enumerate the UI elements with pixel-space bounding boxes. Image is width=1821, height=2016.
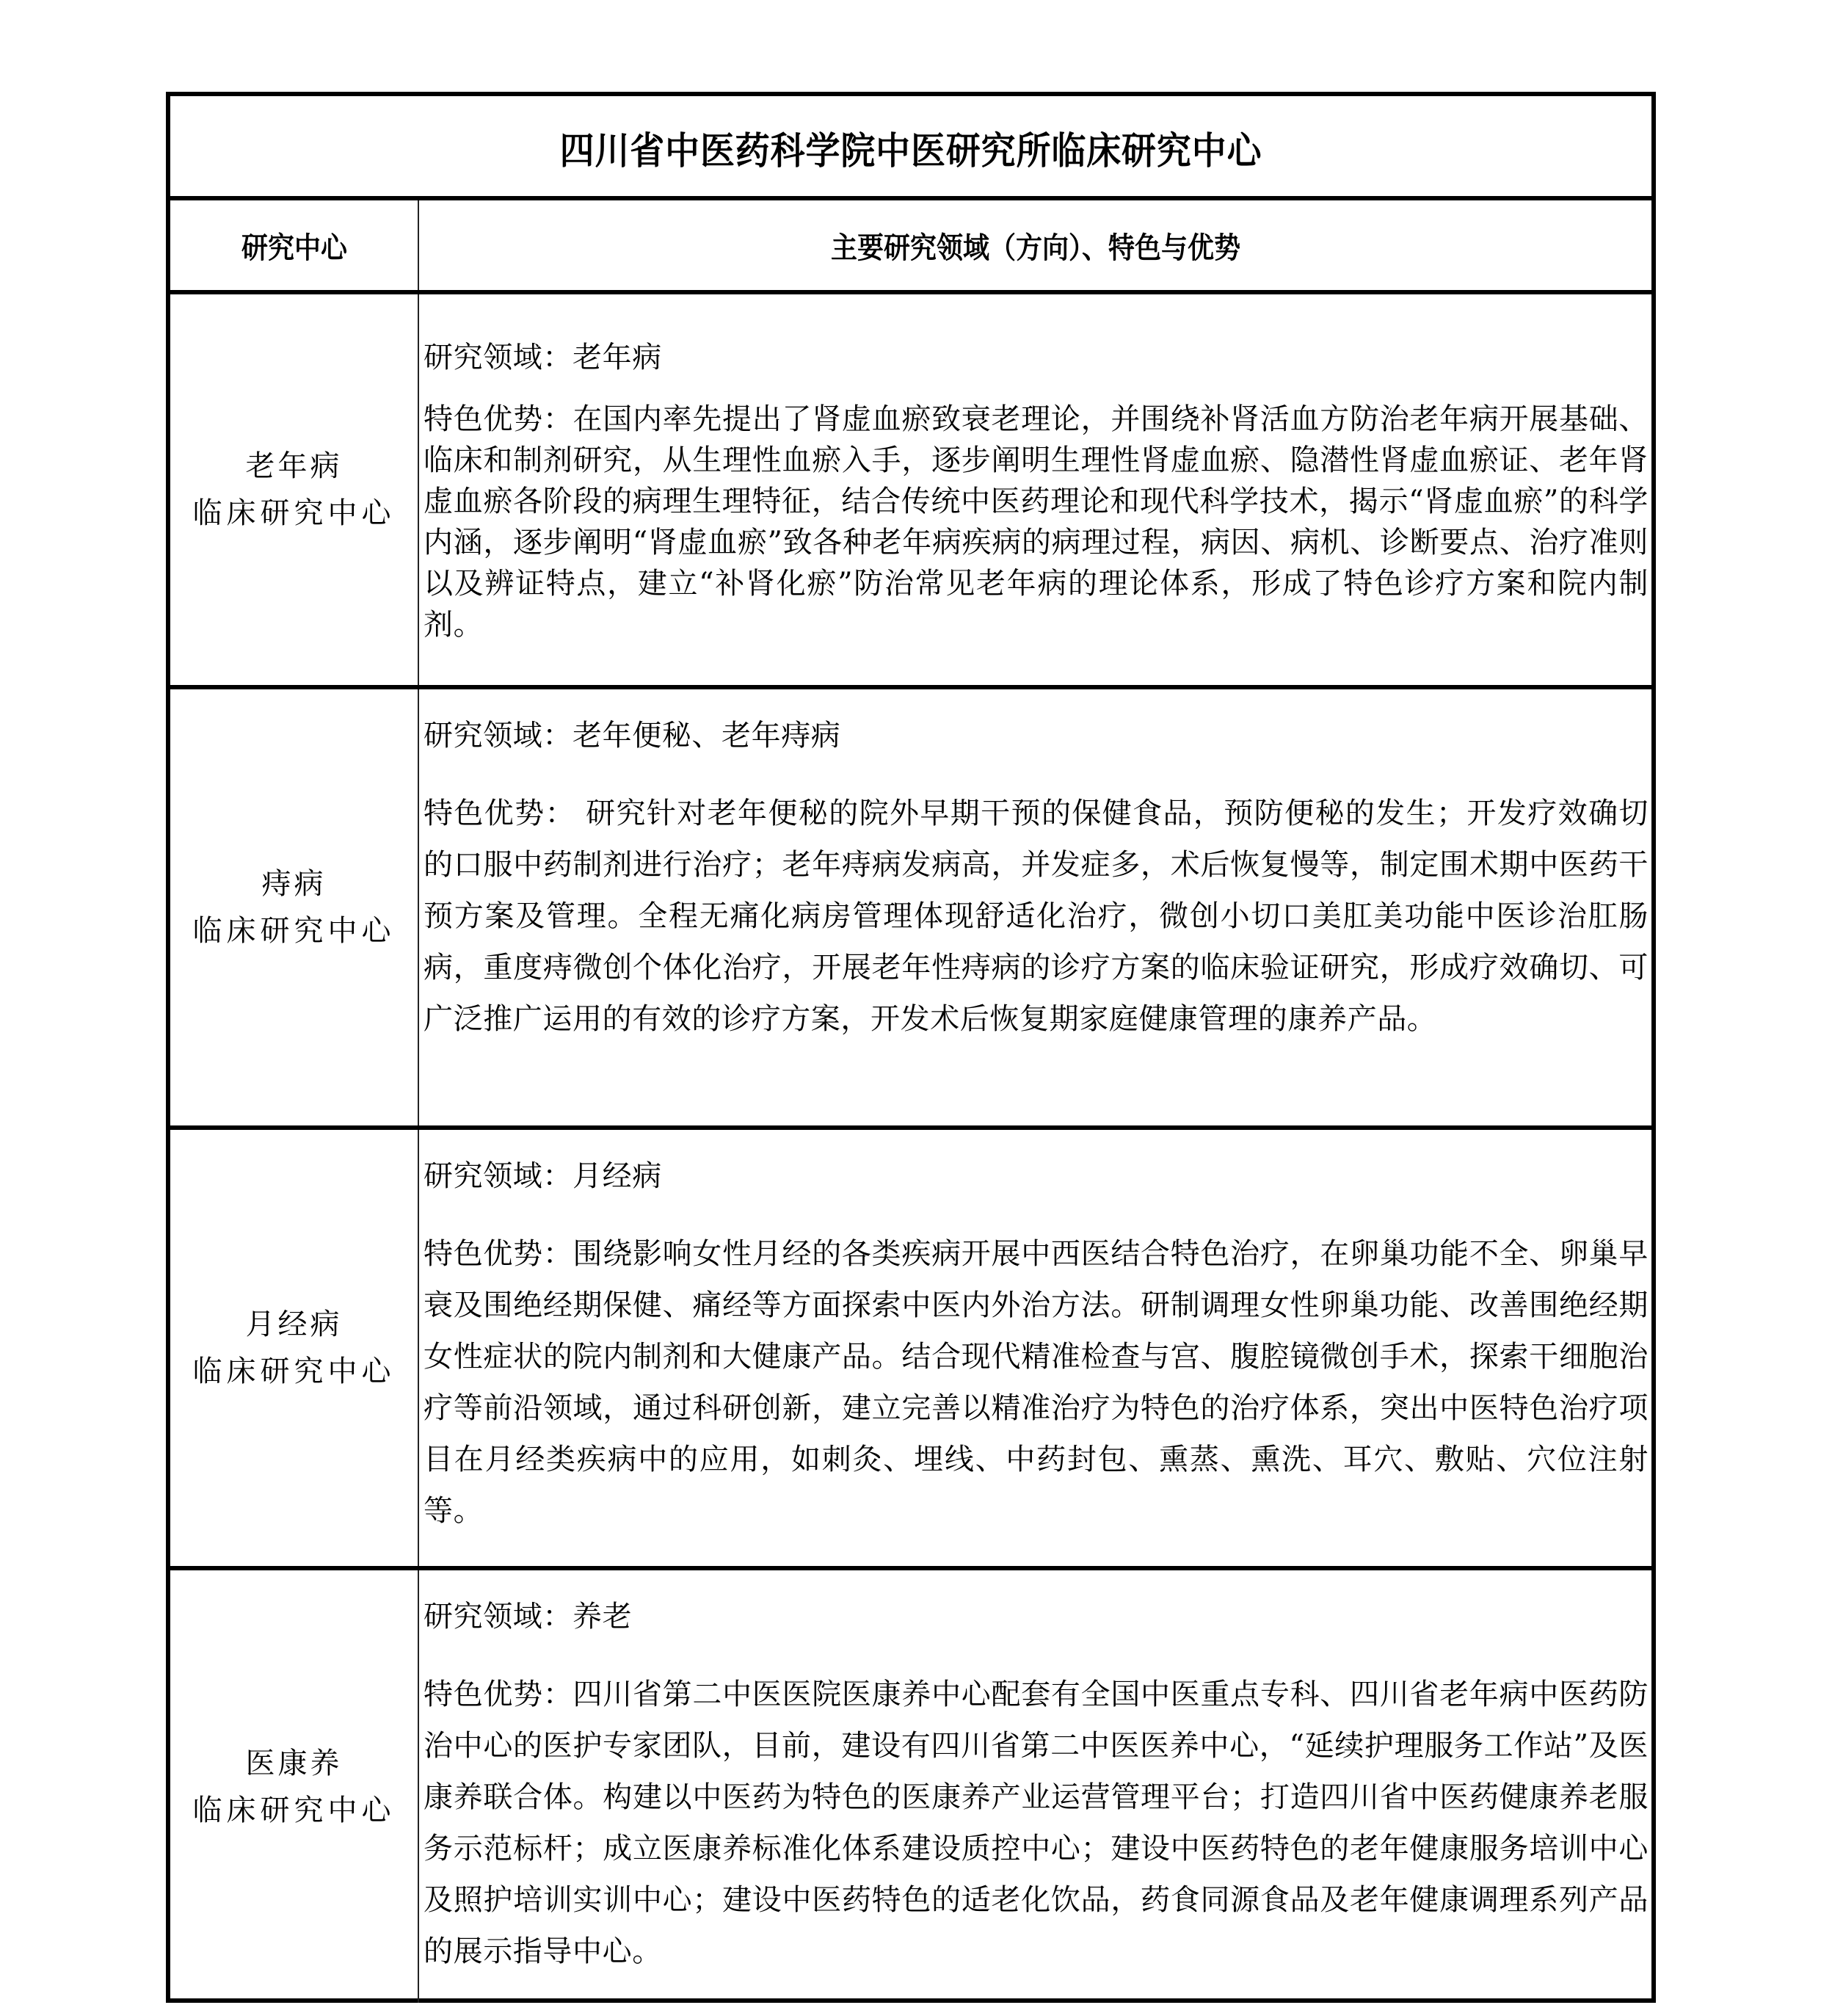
center-name-cell: 痔病 临床研究中心 bbox=[170, 689, 419, 1125]
table-row: 月经病 临床研究中心 研究领域：月经病 特色优势：围绕影响女性月经的各类疾病开展… bbox=[170, 1130, 1651, 1570]
research-field: 研究领域：老年病 bbox=[424, 337, 1649, 378]
advantage-text: 特色优势：四川省第二中医医院医康养中心配套有全国中医重点专科、四川省老年病中医药… bbox=[424, 1669, 1649, 1977]
center-name: 医康养 临床研究中心 bbox=[193, 1740, 396, 1834]
column-header-center: 研究中心 bbox=[241, 225, 347, 266]
advantage-text: 特色优势：在国内率先提出了肾虚血瘀致衰老理论，并围绕补肾活血方防治老年病开展基础… bbox=[424, 399, 1649, 645]
column-header-content: 主要研究领域（方向）、特色与优势 bbox=[831, 225, 1240, 266]
center-name: 老年病 临床研究中心 bbox=[193, 443, 396, 537]
header-cell-content: 主要研究领域（方向）、特色与优势 bbox=[419, 200, 1651, 290]
table-title: 四川省中医药科学院中医研究所临床研究中心 bbox=[560, 120, 1262, 175]
table-row: 痔病 临床研究中心 研究领域：老年便秘、老年痔病 特色优势： 研究针对老年便秘的… bbox=[170, 689, 1651, 1130]
center-name-cell: 医康养 临床研究中心 bbox=[170, 1570, 419, 2003]
center-description-cell: 研究领域：养老 特色优势：四川省第二中医医院医康养中心配套有全国中医重点专科、四… bbox=[419, 1570, 1651, 2003]
center-name-cell: 老年病 临床研究中心 bbox=[170, 294, 419, 685]
research-centers-table: 四川省中医药科学院中医研究所临床研究中心 研究中心 主要研究领域（方向）、特色与… bbox=[166, 92, 1656, 2003]
advantage-text: 特色优势： 研究针对老年便秘的院外早期干预的保健食品，预防便秘的发生；开发疗效确… bbox=[424, 788, 1649, 1045]
center-name: 痔病 临床研究中心 bbox=[193, 860, 396, 954]
center-description-cell: 研究领域：月经病 特色优势：围绕影响女性月经的各类疾病开展中西医结合特色治疗，在… bbox=[419, 1130, 1651, 1566]
research-field: 研究领域：月经病 bbox=[424, 1150, 1649, 1202]
research-field: 研究领域：养老 bbox=[424, 1591, 1649, 1642]
center-description-cell: 研究领域：老年便秘、老年痔病 特色优势： 研究针对老年便秘的院外早期干预的保健食… bbox=[419, 689, 1651, 1125]
center-name: 月经病 临床研究中心 bbox=[193, 1301, 396, 1395]
center-name-cell: 月经病 临床研究中心 bbox=[170, 1130, 419, 1566]
table-title-row: 四川省中医药科学院中医研究所临床研究中心 bbox=[170, 96, 1651, 200]
research-field: 研究领域：老年便秘、老年痔病 bbox=[424, 710, 1649, 761]
table-header-row: 研究中心 主要研究领域（方向）、特色与优势 bbox=[170, 200, 1651, 294]
center-description-cell: 研究领域：老年病 特色优势：在国内率先提出了肾虚血瘀致衰老理论，并围绕补肾活血方… bbox=[419, 294, 1651, 685]
table-row: 医康养 临床研究中心 研究领域：养老 特色优势：四川省第二中医医院医康养中心配套… bbox=[170, 1570, 1651, 2003]
table-row: 老年病 临床研究中心 研究领域：老年病 特色优势：在国内率先提出了肾虚血瘀致衰老… bbox=[170, 294, 1651, 689]
header-cell-center: 研究中心 bbox=[170, 200, 419, 290]
advantage-text: 特色优势：围绕影响女性月经的各类疾病开展中西医结合特色治疗，在卵巢功能不全、卵巢… bbox=[424, 1228, 1649, 1537]
